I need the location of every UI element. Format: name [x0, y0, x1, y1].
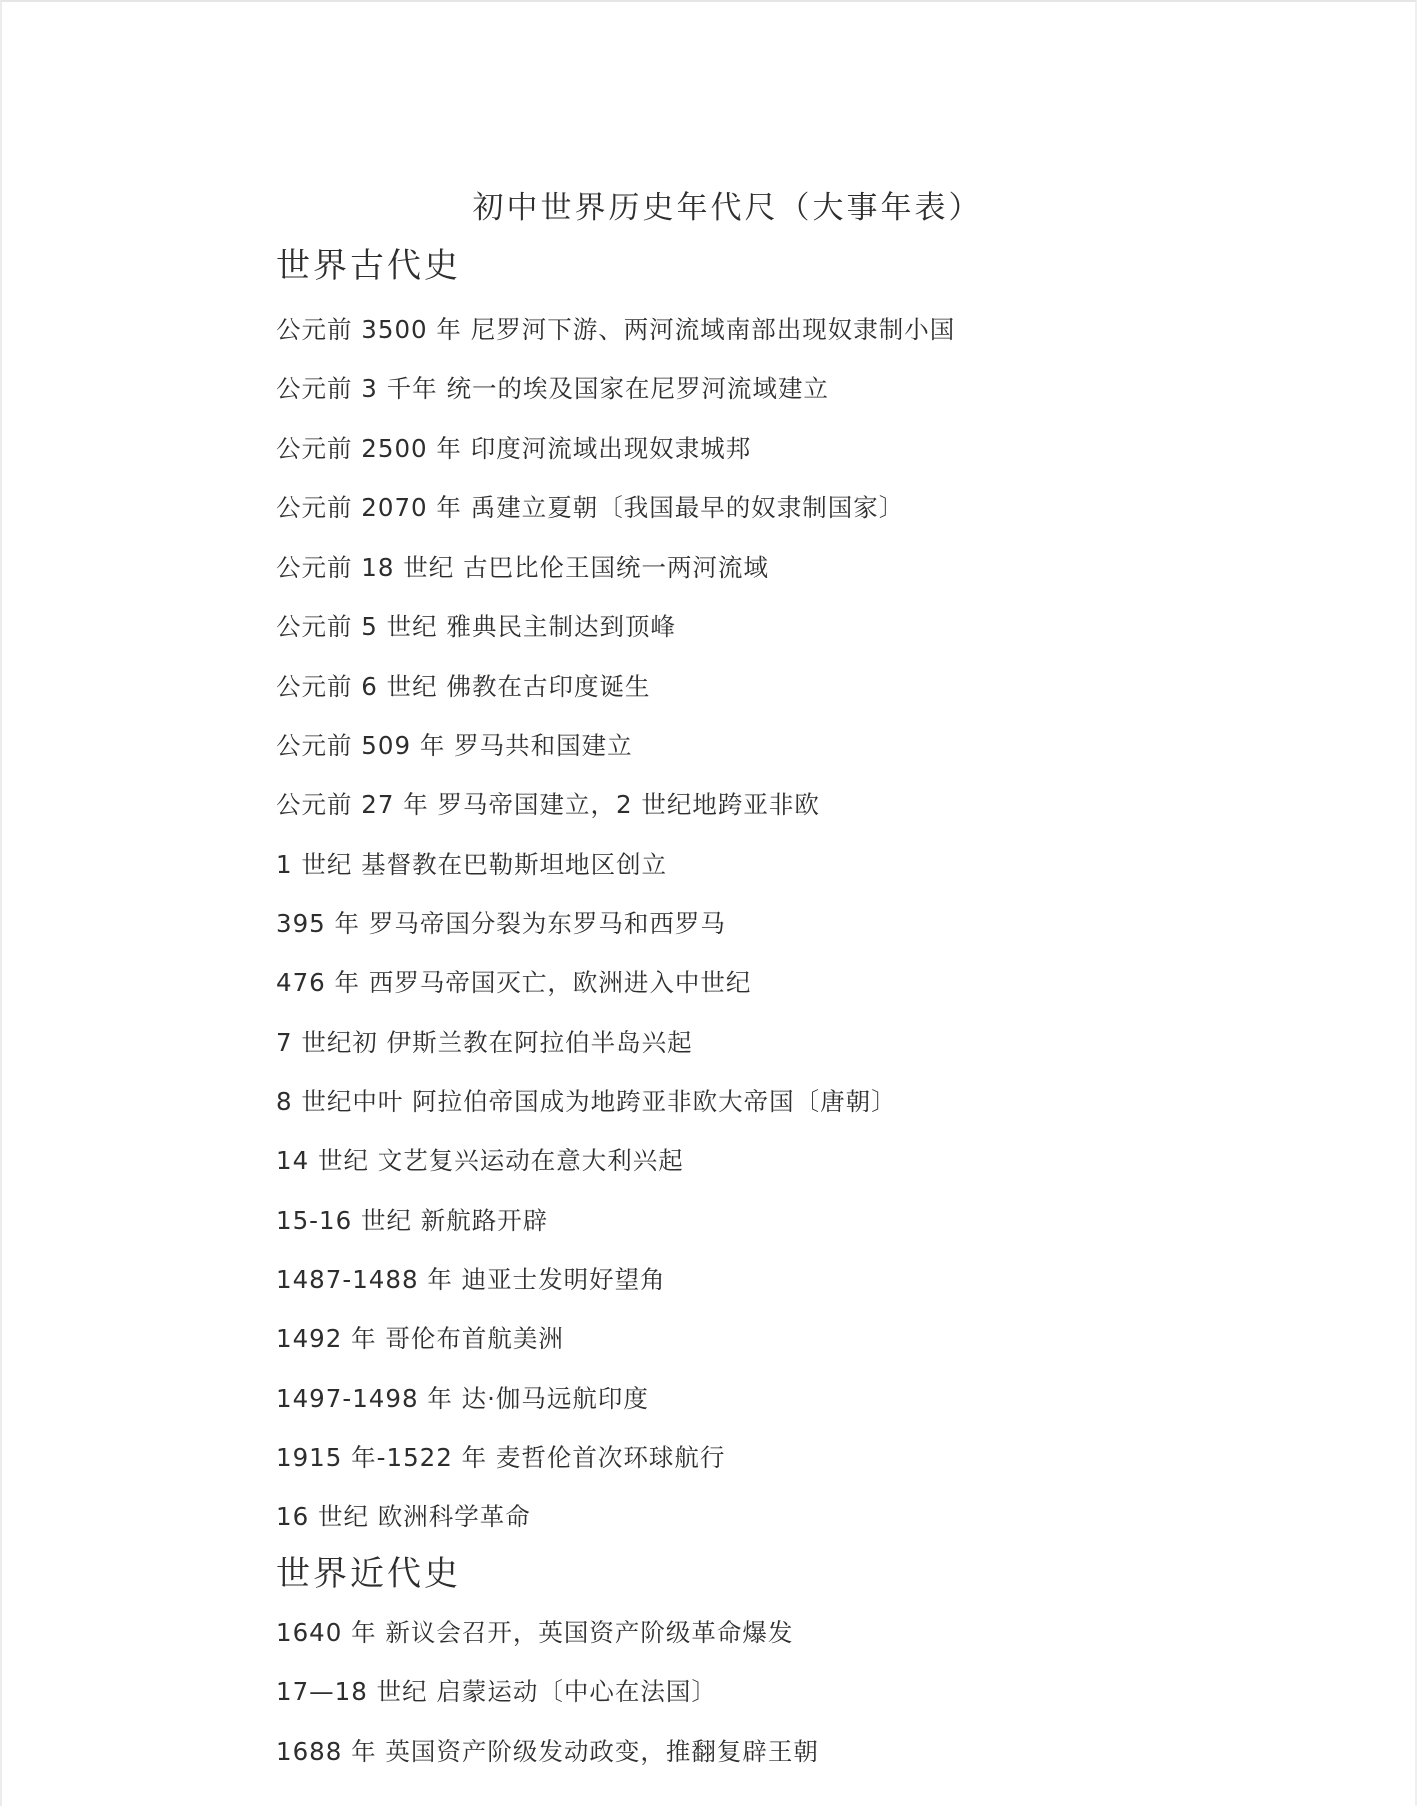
event-line: 1497-1498 年 达·伽马远航印度	[276, 1384, 649, 1414]
event-line: 16 世纪 欧洲科学革命	[276, 1502, 531, 1532]
event-line: 公元前 509 年 罗马共和国建立	[276, 731, 633, 761]
event-line: 公元前 2070 年 禹建立夏朝〔我国最早的奴隶制国家〕	[276, 493, 904, 523]
event-line: 1487-1488 年 迪亚士发明好望角	[276, 1265, 666, 1295]
event-line: 7 世纪初 伊斯兰教在阿拉伯半岛兴起	[276, 1028, 693, 1058]
document-page	[0, 0, 1417, 1806]
event-line: 公元前 6 世纪 佛教在古印度诞生	[276, 672, 650, 702]
event-line: 1640 年 新议会召开，英国资产阶级革命爆发	[276, 1618, 793, 1648]
event-line: 公元前 27 年 罗马帝国建立，2 世纪地跨亚非欧	[276, 790, 820, 820]
event-line: 公元前 2500 年 印度河流域出现奴隶城邦	[276, 434, 751, 464]
event-line: 公元前 18 世纪 古巴比伦王国统一两河流域	[276, 553, 769, 583]
event-line: 1 世纪 基督教在巴勒斯坦地区创立	[276, 850, 667, 880]
event-line: 395 年 罗马帝国分裂为东罗马和西罗马	[276, 909, 726, 939]
event-line: 公元前 3 千年 统一的埃及国家在尼罗河流域建立	[276, 374, 829, 404]
document-title: 初中世界历史年代尺（大事年表）	[0, 190, 1419, 226]
event-line: 17—18 世纪 启蒙运动〔中心在法国〕	[276, 1677, 717, 1707]
event-line: 14 世纪 文艺复兴运动在意大利兴起	[276, 1146, 684, 1176]
event-line: 1688 年 英国资产阶级发动政变，推翻复辟王朝	[276, 1737, 819, 1767]
event-line: 1915 年-1522 年 麦哲伦首次环球航行	[276, 1443, 725, 1473]
event-line: 公元前 5 世纪 雅典民主制达到顶峰	[276, 612, 676, 642]
event-line: 1492 年 哥伦布首航美洲	[276, 1324, 564, 1354]
event-line: 8 世纪中叶 阿拉伯帝国成为地跨亚非欧大帝国〔唐朝〕	[276, 1087, 897, 1117]
event-line: 15-16 世纪 新航路开辟	[276, 1206, 548, 1236]
event-line: 公元前 3500 年 尼罗河下游、两河流域南部出现奴隶制小国	[276, 315, 955, 345]
section-heading-ancient-history: 世界古代史	[276, 246, 461, 286]
event-line: 476 年 西罗马帝国灭亡，欧洲进入中世纪	[276, 968, 751, 998]
section-heading-modern-history: 世界近代史	[276, 1554, 461, 1594]
